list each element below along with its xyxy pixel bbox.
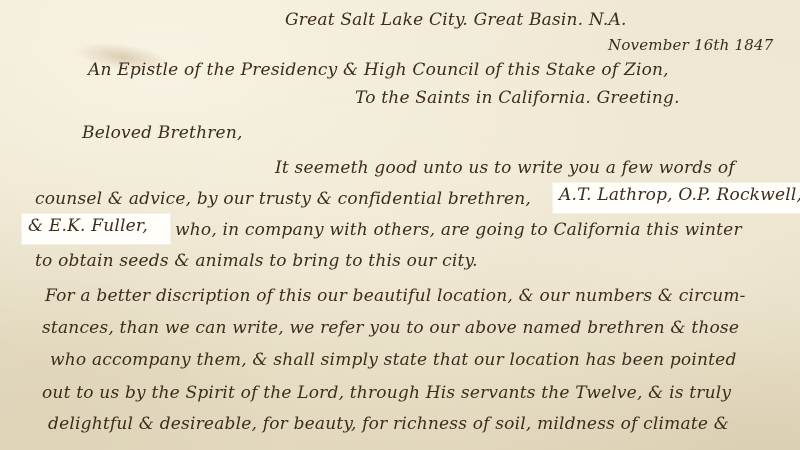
letter-place: Great Salt Lake City. Great Basin. N.A. — [285, 12, 627, 29]
body-line-6: stances, than we can write, we refer you… — [42, 320, 739, 337]
highlighted-names-2: & E.K. Fuller, — [22, 214, 170, 244]
highlighted-names-1: A.T. Lathrop, O.P. Rockwell, — [553, 183, 800, 213]
body-line-4: to obtain seeds & animals to bring to th… — [35, 253, 478, 270]
letter-addressee: To the Saints in California. Greeting. — [355, 90, 680, 107]
body-line-1: It seemeth good unto us to write you a f… — [275, 160, 735, 177]
letter-date: November 16th 1847 — [608, 38, 773, 53]
body-line-5: For a better discription of this our bea… — [45, 288, 746, 305]
body-line-8: out to us by the Spirit of the Lord, thr… — [42, 385, 731, 402]
body-line-9: delightful & desireable, for beauty, for… — [48, 416, 729, 433]
body-line-3: who, in company with others, are going t… — [175, 222, 742, 239]
letter-title: An Epistle of the Presidency & High Coun… — [88, 62, 669, 79]
body-line-7: who accompany them, & shall simply state… — [50, 352, 737, 369]
body-line-2: counsel & advice, by our trusty & confid… — [35, 191, 531, 208]
letter-salutation: Beloved Brethren, — [82, 125, 243, 142]
